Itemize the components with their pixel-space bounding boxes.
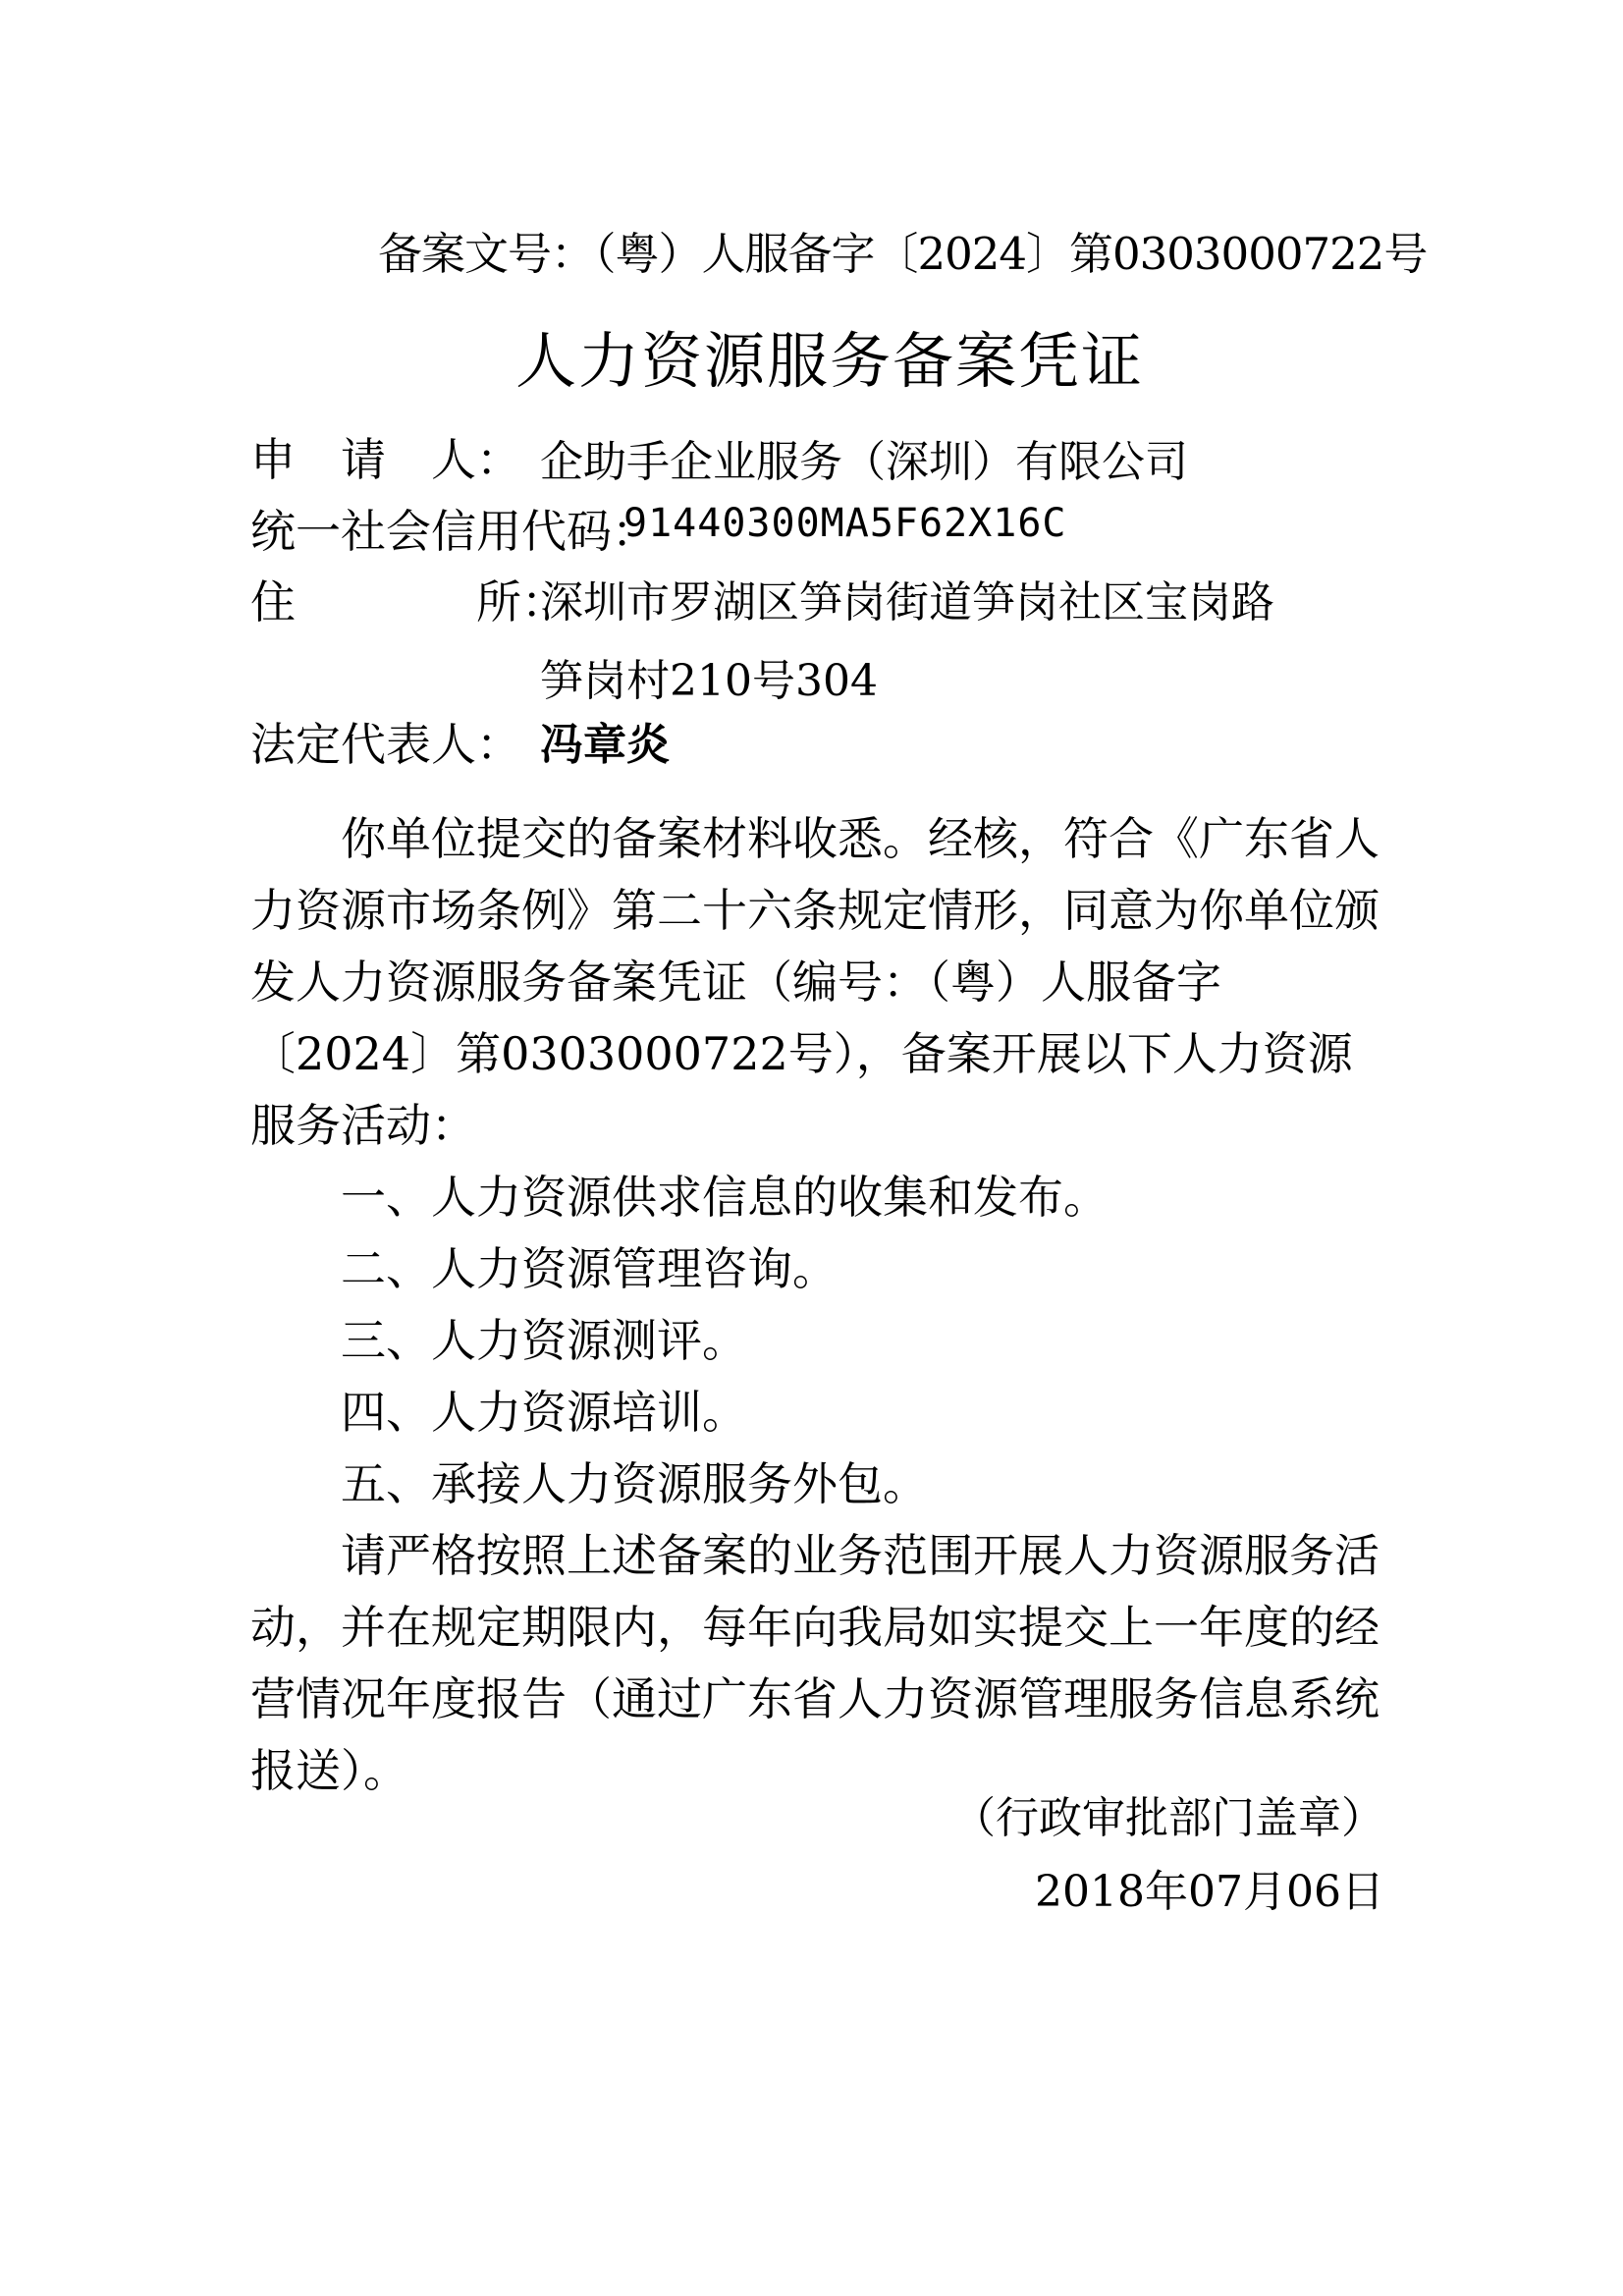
intro-paragraph: 你单位提交的备案材料收悉。经核，符合《广东省人力资源市场条例》第二十六条规定情形… xyxy=(250,803,1389,1162)
service-item: 二、人力资源管理咨询。 xyxy=(250,1233,1389,1305)
service-item: 五、承接人力资源服务外包。 xyxy=(250,1449,1389,1520)
issue-date: 2018年07月06日 xyxy=(1035,1856,1384,1919)
seal-note: （行政审批部门盖章） xyxy=(952,1782,1384,1845)
service-item: 一、人力资源供求信息的收集和发布。 xyxy=(250,1162,1389,1233)
closing-paragraph: 请严格按照上述备案的业务范围开展人力资源服务活动，并在规定期限内，每年向我局如实… xyxy=(250,1520,1389,1807)
legal-rep-value: 冯章炎 xyxy=(540,709,670,772)
applicant-label: 申 请 人： xyxy=(250,424,521,489)
address-value-line2: 笋岗村210号304 xyxy=(540,645,878,708)
document-body: 你单位提交的备案材料收悉。经核，符合《广东省人力资源市场条例》第二十六条规定情形… xyxy=(250,803,1389,1807)
applicant-value: 企助手企业服务（深圳）有限公司 xyxy=(540,426,1188,489)
document-title: 人力资源服务备案凭证 xyxy=(515,312,1144,400)
address-label: 住 所： xyxy=(250,567,567,631)
address-value-line1: 深圳市罗湖区笋岗街道笋岗社区宝岗路 xyxy=(540,567,1274,629)
reference-number-line: 备案文号：（粤）人服备字〔2024〕第0303000722号 xyxy=(378,218,1427,282)
service-item: 三、人力资源测评。 xyxy=(250,1305,1389,1377)
service-item: 四、人力资源培训。 xyxy=(250,1377,1389,1449)
reference-number: （粤）人服备字〔2024〕第0303000722号 xyxy=(594,228,1427,280)
credit-code-value: 91440300MA5F62X16C xyxy=(623,501,1066,546)
legal-rep-label: 法定代表人： xyxy=(250,709,521,774)
credit-code-label: 统一社会信用代码： xyxy=(250,496,657,561)
reference-label: 备案文号： xyxy=(378,228,594,280)
